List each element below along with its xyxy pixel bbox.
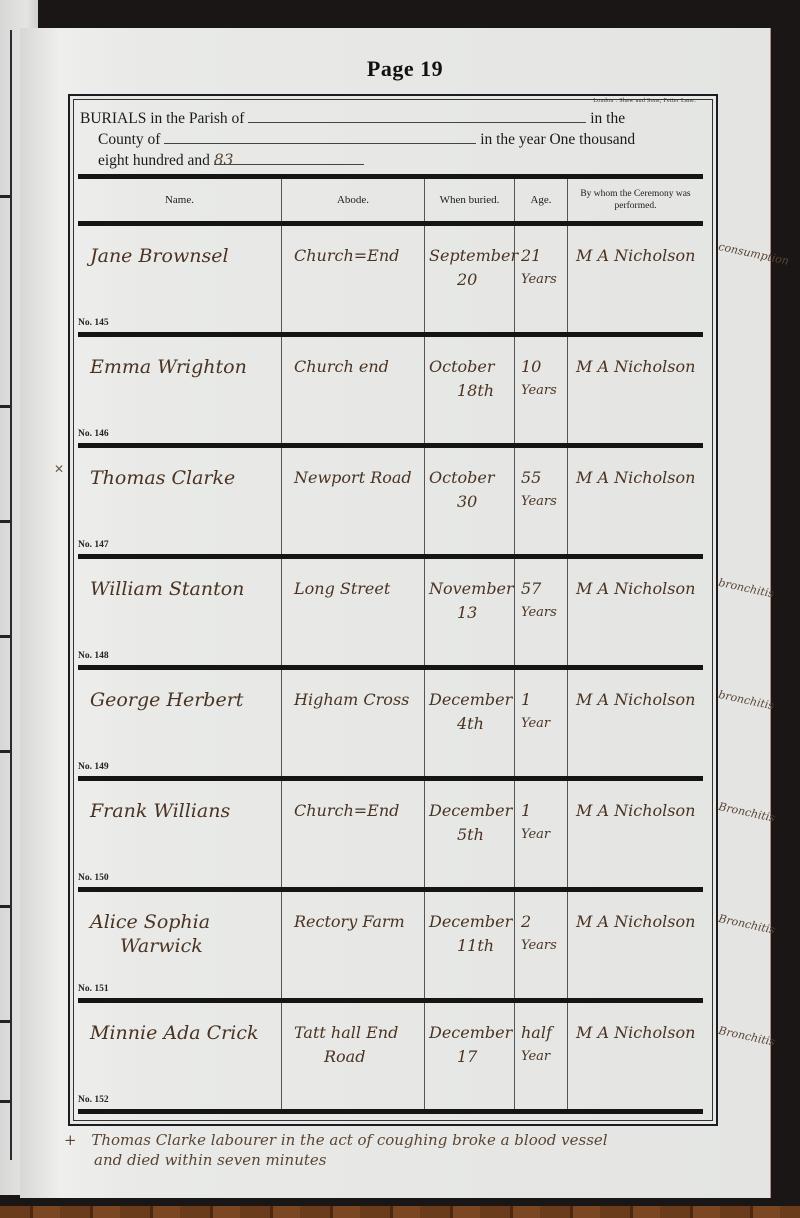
name-line-1: Emma Wrighton <box>90 356 247 378</box>
burial-date: October 18th <box>425 337 514 403</box>
cell-age: 57 Years <box>515 559 568 665</box>
cross-mark-annotation: ✕ <box>54 462 64 477</box>
cell-name: George Herbert No. 149 <box>78 670 282 776</box>
officiant-text: M A Nicholson <box>568 1003 703 1045</box>
cell-officiant: M A Nicholson <box>568 781 703 887</box>
heading-line-2: County of in the year One thousand <box>80 129 706 150</box>
footnote: + Thomas Clarke labourer in the act of c… <box>64 1130 764 1170</box>
cell-officiant: M A Nicholson <box>568 1003 703 1109</box>
age-unit: Year <box>521 712 561 736</box>
abode-text: Tatt hall End Road <box>282 1003 424 1069</box>
age-text: 55 Years <box>515 448 567 514</box>
table-row: Thomas Clarke No. 147 Newport Road Octob… <box>78 448 703 554</box>
cell-abode: Newport Road <box>282 448 425 554</box>
officiant-text: M A Nicholson <box>568 337 703 379</box>
abode-text: Church=End <box>282 226 424 268</box>
abode-line-1: Rectory Farm <box>294 912 405 931</box>
facing-page-rule <box>0 635 10 638</box>
name-line-1: George Herbert <box>90 689 243 711</box>
year-value: 83 <box>214 150 364 165</box>
age-text: 57 Years <box>515 559 567 625</box>
entry-number: No. 147 <box>78 540 109 550</box>
age-value: half <box>521 1023 552 1042</box>
name-line-1: William Stanton <box>90 578 244 600</box>
burials-table: Name. Abode. When buried. Age. By whom t… <box>78 174 703 1114</box>
name-text: Minnie Ada Crick <box>78 1003 281 1045</box>
cell-name: Emma Wrighton No. 146 <box>78 337 282 443</box>
footnote-mark: + <box>64 1131 77 1149</box>
facing-page-rule <box>0 195 10 198</box>
register-page: Page 19 ✕ London : Shaw and Sons, Fetter… <box>20 28 771 1198</box>
cell-age: 1 Year <box>515 781 568 887</box>
col-header-abode: Abode. <box>282 179 425 221</box>
entry-number: No. 145 <box>78 318 109 328</box>
facing-page-rule <box>0 750 10 753</box>
name-text: Thomas Clarke <box>78 448 281 490</box>
cell-name: Thomas Clarke No. 147 <box>78 448 282 554</box>
cell-when-buried: December 17 <box>425 1003 515 1109</box>
age-value: 1 <box>521 801 531 820</box>
heading-county-label: County of <box>98 131 160 148</box>
cell-abode: Tatt hall End Road <box>282 1003 425 1109</box>
name-text: William Stanton <box>78 559 281 601</box>
cell-name: Frank Willians No. 150 <box>78 781 282 887</box>
abode-line-2: Road <box>294 1045 418 1069</box>
cell-officiant: M A Nicholson <box>568 226 703 332</box>
burial-day: 20 <box>429 268 508 292</box>
cell-age: 55 Years <box>515 448 568 554</box>
age-unit: Year <box>521 823 561 847</box>
cell-age: 10 Years <box>515 337 568 443</box>
table-row: Alice Sophia Warwick No. 151 Rectory Far… <box>78 892 703 998</box>
burial-date: December 5th <box>425 781 514 847</box>
name-text: Emma Wrighton <box>78 337 281 379</box>
officiant-text: M A Nicholson <box>568 559 703 601</box>
margin-note-cause-of-death: consumption <box>717 240 790 268</box>
cell-officiant: M A Nicholson <box>568 559 703 665</box>
margin-note-cause-of-death: Bronchitis <box>717 912 776 937</box>
printer-imprint: London : Shaw and Sons, Fetter Lane. <box>593 98 696 104</box>
cell-abode: Church=End <box>282 226 425 332</box>
entry-number: No. 148 <box>78 651 109 661</box>
age-text: 1 Year <box>515 670 567 736</box>
entry-number: No. 149 <box>78 762 109 772</box>
cell-abode: Higham Cross <box>282 670 425 776</box>
cell-officiant: M A Nicholson <box>568 448 703 554</box>
abode-line-1: Church end <box>294 357 389 376</box>
abode-line-1: Church=End <box>294 801 399 820</box>
col-header-officiant: By whom the Ceremony was performed. <box>568 179 703 221</box>
table-surface <box>0 1206 800 1218</box>
entry-number: No. 150 <box>78 873 109 883</box>
burial-day: 30 <box>429 490 508 514</box>
cell-age: 2 Years <box>515 892 568 998</box>
abode-line-1: Newport Road <box>294 468 412 487</box>
cell-age: 21 Years <box>515 226 568 332</box>
cell-when-buried: December 5th <box>425 781 515 887</box>
age-text: 1 Year <box>515 781 567 847</box>
burial-month: November <box>429 579 514 598</box>
cell-when-buried: December 4th <box>425 670 515 776</box>
burial-day: 11th <box>429 934 508 958</box>
cell-name: Alice Sophia Warwick No. 151 <box>78 892 282 998</box>
cell-when-buried: September 20 <box>425 226 515 332</box>
age-text: 10 Years <box>515 337 567 403</box>
table-header: Name. Abode. When buried. Age. By whom t… <box>78 179 703 221</box>
entry-number: No. 151 <box>78 984 109 994</box>
cell-age: half Year <box>515 1003 568 1109</box>
abode-text: Church end <box>282 337 424 379</box>
age-value: 1 <box>521 690 531 709</box>
cell-abode: Rectory Farm <box>282 892 425 998</box>
officiant-text: M A Nicholson <box>568 670 703 712</box>
name-line-1: Frank Willians <box>90 800 230 822</box>
burial-month: December <box>429 690 512 709</box>
abode-line-1: Long Street <box>294 579 390 598</box>
page-title: Page 19 <box>30 56 780 82</box>
heading-year-label: in the year One thousand <box>480 131 635 148</box>
table-rule <box>78 1109 703 1114</box>
col-header-when-buried: When buried. <box>425 179 515 221</box>
name-text: George Herbert <box>78 670 281 712</box>
register-heading: BURIALS in the Parish of in the County o… <box>80 108 706 171</box>
burial-date: November 13 <box>425 559 514 625</box>
parish-blank <box>248 108 586 123</box>
table-row: Emma Wrighton No. 146 Church end October… <box>78 337 703 443</box>
footnote-text-1: Thomas Clarke labourer in the act of cou… <box>91 1131 607 1149</box>
age-unit: Years <box>521 601 561 625</box>
burial-month: October <box>429 357 495 376</box>
cell-name: Minnie Ada Crick No. 152 <box>78 1003 282 1109</box>
cell-when-buried: October 18th <box>425 337 515 443</box>
officiant-text: M A Nicholson <box>568 781 703 823</box>
name-line-1: Thomas Clarke <box>90 467 235 489</box>
age-text: 2 Years <box>515 892 567 958</box>
burial-date: October 30 <box>425 448 514 514</box>
cell-name: William Stanton No. 148 <box>78 559 282 665</box>
heading-eight-hundred: eight hundred and <box>98 152 210 169</box>
burial-day: 18th <box>429 379 508 403</box>
burial-day: 5th <box>429 823 508 847</box>
cell-officiant: M A Nicholson <box>568 670 703 776</box>
cell-officiant: M A Nicholson <box>568 337 703 443</box>
name-line-2: Warwick <box>90 934 275 958</box>
burial-day: 13 <box>429 601 508 625</box>
burial-month: December <box>429 801 512 820</box>
age-value: 10 <box>521 357 541 376</box>
footnote-line-2: and died within seven minutes <box>64 1150 764 1170</box>
age-unit: Years <box>521 934 561 958</box>
abode-line-1: Tatt hall End <box>294 1023 398 1042</box>
margin-note-cause-of-death: Bronchitis <box>717 1024 776 1049</box>
facing-page-rule <box>0 1100 10 1103</box>
margin-note-cause-of-death: Bronchitis <box>717 800 776 825</box>
heading-in-the: in the <box>590 110 625 127</box>
abode-text: Church=End <box>282 781 424 823</box>
cell-when-buried: November 13 <box>425 559 515 665</box>
name-line-1: Alice Sophia <box>90 911 210 933</box>
name-line-1: Minnie Ada Crick <box>90 1022 258 1044</box>
burial-month: December <box>429 912 512 931</box>
entry-number: No. 146 <box>78 429 109 439</box>
cell-name: Jane Brownsel No. 145 <box>78 226 282 332</box>
facing-page-rule <box>0 905 10 908</box>
age-unit: Years <box>521 379 561 403</box>
burial-date: December 17 <box>425 1003 514 1069</box>
table-row: George Herbert No. 149 Higham Cross Dece… <box>78 670 703 776</box>
cell-abode: Church end <box>282 337 425 443</box>
table-body: Jane Brownsel No. 145 Church=End Septemb… <box>78 226 703 1114</box>
name-text: Jane Brownsel <box>78 226 281 268</box>
age-value: 2 <box>521 912 531 931</box>
burial-date: December 4th <box>425 670 514 736</box>
facing-page-frame-line <box>10 30 12 1160</box>
officiant-text: M A Nicholson <box>568 892 703 934</box>
age-text: 21 Years <box>515 226 567 292</box>
col-header-age: Age. <box>515 179 568 221</box>
cell-abode: Church=End <box>282 781 425 887</box>
facing-page-rule <box>0 405 10 408</box>
burial-day: 17 <box>429 1045 508 1069</box>
table-row: William Stanton No. 148 Long Street Nove… <box>78 559 703 665</box>
burial-month: September <box>429 246 518 265</box>
name-text: Frank Willians <box>78 781 281 823</box>
burial-date: September 20 <box>425 226 514 292</box>
officiant-text: M A Nicholson <box>568 448 703 490</box>
age-text: half Year <box>515 1003 567 1069</box>
heading-parish-label: BURIALS in the Parish of <box>80 110 244 127</box>
cell-abode: Long Street <box>282 559 425 665</box>
facing-page-rule <box>0 520 10 523</box>
table-row: Frank Willians No. 150 Church=End Decemb… <box>78 781 703 887</box>
margin-note-cause-of-death: bronchitis <box>717 576 775 600</box>
footnote-line-1: + Thomas Clarke labourer in the act of c… <box>64 1130 764 1150</box>
abode-text: Rectory Farm <box>282 892 424 934</box>
abode-text: Higham Cross <box>282 670 424 712</box>
age-unit: Years <box>521 268 561 292</box>
heading-line-1: BURIALS in the Parish of in the <box>80 108 706 129</box>
age-value: 57 <box>521 579 541 598</box>
county-blank <box>164 129 476 144</box>
facing-page-rule <box>0 1020 10 1023</box>
register-frame: London : Shaw and Sons, Fetter Lane. BUR… <box>68 94 718 1126</box>
burial-month: December <box>429 1023 512 1042</box>
burial-day: 4th <box>429 712 508 736</box>
burial-date: December 11th <box>425 892 514 958</box>
age-value: 21 <box>521 246 541 265</box>
col-header-name: Name. <box>78 179 282 221</box>
cell-when-buried: December 11th <box>425 892 515 998</box>
name-text: Alice Sophia Warwick <box>78 892 281 958</box>
officiant-text: M A Nicholson <box>568 226 703 268</box>
name-line-1: Jane Brownsel <box>90 245 229 267</box>
cell-age: 1 Year <box>515 670 568 776</box>
table-row: Jane Brownsel No. 145 Church=End Septemb… <box>78 226 703 332</box>
abode-line-1: Church=End <box>294 246 399 265</box>
burial-month: October <box>429 468 495 487</box>
abode-text: Newport Road <box>282 448 424 490</box>
age-unit: Year <box>521 1045 561 1069</box>
age-unit: Years <box>521 490 561 514</box>
table-row: Minnie Ada Crick No. 152 Tatt hall End R… <box>78 1003 703 1109</box>
abode-line-1: Higham Cross <box>294 690 409 709</box>
age-value: 55 <box>521 468 541 487</box>
heading-line-3: eight hundred and 83 <box>80 150 706 171</box>
margin-note-cause-of-death: bronchitis <box>717 688 775 712</box>
abode-text: Long Street <box>282 559 424 601</box>
entry-number: No. 152 <box>78 1095 109 1105</box>
cell-officiant: M A Nicholson <box>568 892 703 998</box>
cell-when-buried: October 30 <box>425 448 515 554</box>
